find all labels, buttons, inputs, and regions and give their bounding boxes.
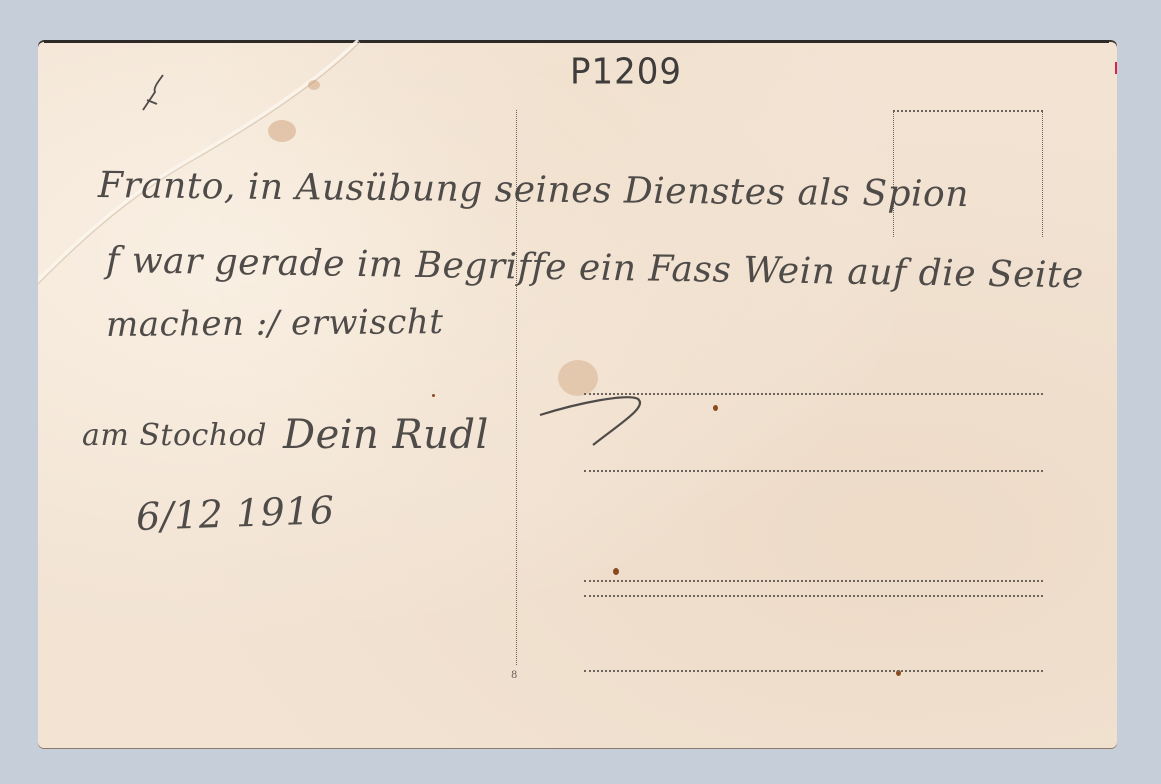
message-line-1: Franto, in Ausübung seines Dienstes als … (98, 165, 969, 215)
ink-spot (432, 394, 435, 397)
address-line-4 (584, 595, 1043, 597)
postcard: P1209 8 Franto, in Ausübung seines Diens… (38, 40, 1117, 748)
foxing-stain (308, 80, 320, 90)
red-corner-mark (1115, 62, 1117, 74)
scan-background: P1209 8 Franto, in Ausübung seines Diens… (0, 0, 1161, 784)
closing-place: am Stochod (82, 418, 267, 453)
printer-mark: 8 (511, 670, 517, 681)
ink-spot (713, 405, 718, 411)
pencil-tick-mark (133, 70, 173, 130)
signature: Dein Rudl (283, 412, 489, 458)
address-line-2 (584, 470, 1043, 472)
message-line-2: f war gerade im Begriffe ein Fass Wein a… (106, 240, 1084, 296)
foxing-stain (268, 120, 296, 142)
card-top-edge (44, 40, 1109, 43)
address-line-3 (584, 580, 1043, 582)
signature-flourish (538, 385, 688, 455)
ink-spot (613, 568, 619, 575)
closing-date: 6/12 1916 (135, 488, 335, 539)
address-line-5 (584, 670, 1043, 672)
message-line-3: machen :/ erwischt (106, 302, 444, 345)
archive-number: P1209 (570, 51, 682, 93)
